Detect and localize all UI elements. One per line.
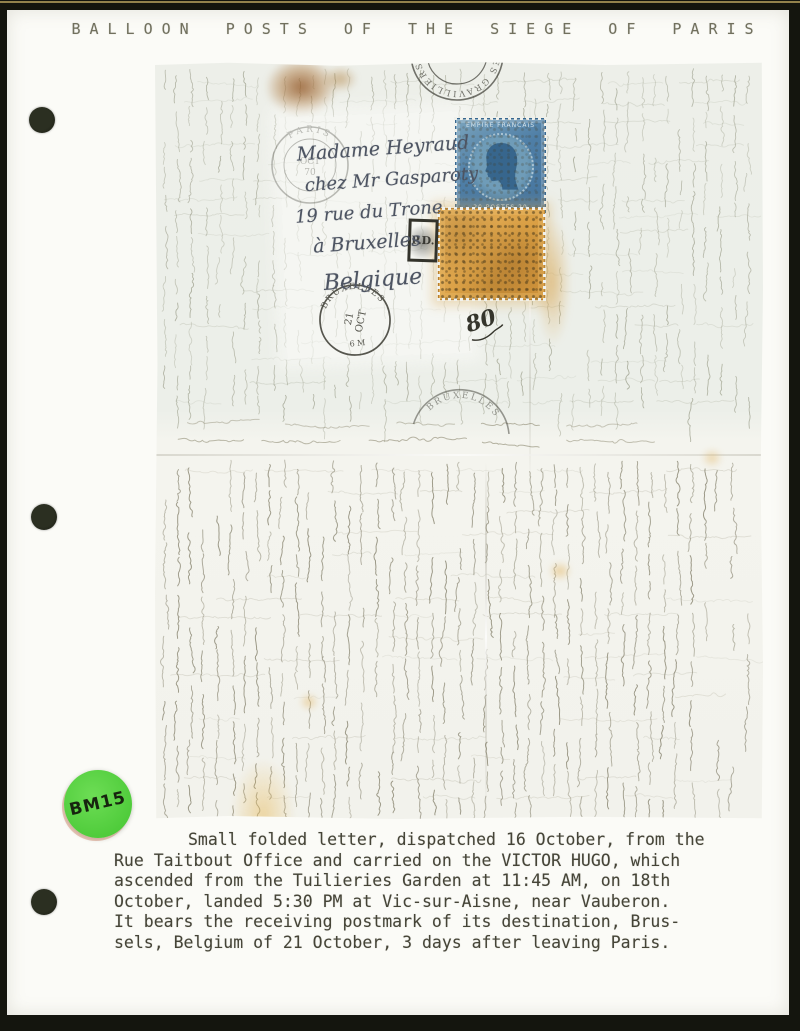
- address-block: Madame Heyraud chez Mr Gasparoty 19 rue …: [288, 124, 529, 301]
- scanned-album-page: BALLOON POSTS OF THE SIEGE OF PARIS: [0, 0, 800, 1031]
- rust-stain: [320, 64, 360, 94]
- caption: Small folded letter, dispatched 16 Octob…: [114, 830, 724, 953]
- postmark-text: 6 M: [349, 338, 366, 349]
- punch-hole: [31, 889, 57, 915]
- svg-text:BRUXELLES: BRUXELLES: [424, 387, 503, 420]
- toning-stain: [298, 692, 320, 712]
- caption-line: sels, Belgium of 21 October, 3 days afte…: [114, 933, 724, 954]
- page-title: BALLOON POSTS OF THE SIEGE OF PARIS: [7, 20, 789, 38]
- postmark-text: BRUXELLES: [424, 387, 503, 420]
- album-page: BALLOON POSTS OF THE SIEGE OF PARIS: [7, 10, 789, 1015]
- postmark-partial-arc: BRUXELLES: [402, 362, 523, 483]
- punch-hole: [29, 107, 55, 133]
- folded-letter-photo: LES GRAVILLIERS PARIS OCT 70: [155, 62, 763, 819]
- toning-stain: [700, 447, 724, 469]
- scan-edge-line: [0, 1, 800, 3]
- caption-line: It bears the receiving postmark of its d…: [114, 912, 724, 933]
- catalog-sticker: BM15: [64, 770, 132, 838]
- caption-line: Rue Taitbout Office and carried on the V…: [114, 851, 724, 872]
- punch-hole: [31, 504, 57, 530]
- toning-stain: [547, 560, 573, 582]
- caption-line: ascended from the Tuilieries Garden at 1…: [114, 871, 724, 892]
- fold-line: [485, 462, 487, 812]
- caption-line: Small folded letter, dispatched 16 Octob…: [114, 830, 724, 851]
- postmark-date: OCT: [354, 309, 370, 334]
- catalog-number: BM15: [68, 788, 129, 820]
- caption-line: October, landed 5:30 PM at Vic-sur-Aisne…: [114, 892, 724, 913]
